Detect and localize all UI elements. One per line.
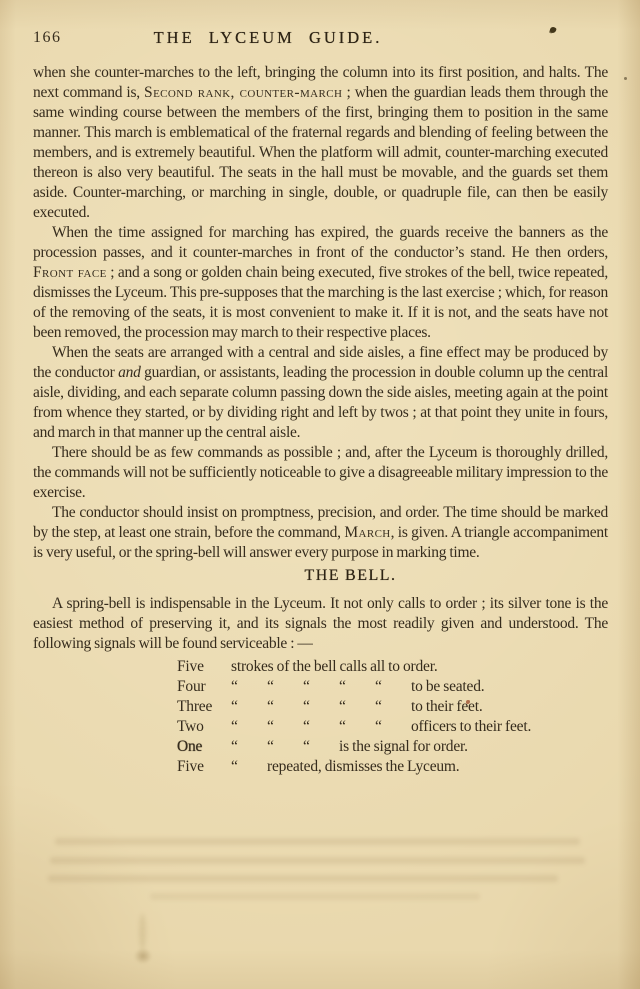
- signal-row: One“““is the signal for order.: [177, 737, 608, 757]
- ditto-mark: “: [339, 697, 375, 717]
- text-run: There should be as few commands as possi…: [33, 444, 608, 501]
- paragraph: A spring-bell is indispensable in the Ly…: [33, 594, 608, 654]
- show-through-line: [48, 875, 558, 882]
- signal-row: Three“““““to their feet.: [177, 697, 608, 717]
- signal-row: Four“““““to be seated.: [177, 677, 608, 697]
- signal-label: Five: [177, 657, 231, 677]
- smallcaps-command: Second rank, counter-march: [144, 84, 342, 101]
- ditto-mark: “: [231, 717, 267, 737]
- text-run: A spring-bell is indispensable in the Ly…: [33, 595, 608, 652]
- ditto-mark: “: [303, 677, 339, 697]
- ditto-mark: “: [267, 697, 303, 717]
- page-streak: [139, 914, 146, 950]
- page-content: 166 THE LYCEUM GUIDE. when she counter-m…: [33, 28, 608, 777]
- ditto-mark: “: [339, 717, 375, 737]
- marching-paragraphs: when she counter-marches to the left, br…: [33, 63, 608, 563]
- ditto-mark: “: [231, 697, 267, 717]
- ditto-mark: “: [303, 697, 339, 717]
- text-run: ; when the guardian leads them through t…: [33, 84, 608, 221]
- ditto-mark: “: [375, 697, 411, 717]
- page-header: 166 THE LYCEUM GUIDE.: [33, 28, 608, 48]
- body-text: when she counter-marches to the left, br…: [33, 63, 608, 777]
- ditto-mark: “: [339, 677, 375, 697]
- faint-speck: [624, 77, 627, 80]
- ditto-mark: “: [375, 677, 411, 697]
- page-smudge: [134, 948, 152, 964]
- signal-label: One: [177, 737, 231, 757]
- ditto-mark: “: [231, 757, 267, 777]
- signal-text: to be seated.: [411, 678, 484, 695]
- bell-signals-list: Fivestrokes of the bell calls all to ord…: [177, 657, 608, 777]
- ditto-mark: “: [231, 677, 267, 697]
- text-run: When the time assigned for marching has …: [33, 224, 608, 261]
- paragraph: When the seats are arranged with a centr…: [33, 343, 608, 443]
- signal-row: Two“““““officers to their feet.: [177, 717, 608, 737]
- ditto-mark: “: [267, 677, 303, 697]
- paragraph: There should be as few commands as possi…: [33, 443, 608, 503]
- signal-row: Five“repeated, dismisses the Lyceum.: [177, 757, 608, 777]
- signal-label: Two: [177, 717, 231, 737]
- signal-text: officers to their feet.: [411, 718, 531, 735]
- show-through-line: [150, 893, 480, 900]
- signal-row: Fivestrokes of the bell calls all to ord…: [177, 657, 608, 677]
- ditto-mark: “: [375, 717, 411, 737]
- show-through-line: [55, 838, 580, 845]
- bell-paragraphs: A spring-bell is indispensable in the Ly…: [33, 594, 608, 654]
- signal-label: Five: [177, 757, 231, 777]
- signal-text: repeated, dismisses the Lyceum.: [267, 758, 459, 775]
- italic-word: and: [118, 364, 141, 381]
- signal-text: is the signal for order.: [339, 738, 468, 755]
- ditto-mark: “: [267, 737, 303, 757]
- smallcaps-command: March: [344, 524, 390, 541]
- signal-text: strokes of the bell calls all to order.: [231, 658, 438, 675]
- signal-text: to their feet.: [411, 698, 483, 715]
- smallcaps-command: Front face: [33, 264, 107, 281]
- signal-label: Three: [177, 697, 231, 717]
- paragraph: when she counter-marches to the left, br…: [33, 63, 608, 223]
- ditto-mark: “: [231, 737, 267, 757]
- show-through-line: [50, 857, 585, 864]
- section-heading-the-bell: THE BELL.: [93, 565, 608, 587]
- page-number: 166: [33, 29, 62, 47]
- paragraph: When the time assigned for marching has …: [33, 223, 608, 343]
- ditto-mark: “: [303, 737, 339, 757]
- ditto-mark: “: [303, 717, 339, 737]
- paragraph: The conductor should insist on promptnes…: [33, 503, 608, 563]
- text-run: ; and a song or golden chain being execu…: [33, 264, 608, 341]
- ditto-mark: “: [267, 717, 303, 737]
- running-title: THE LYCEUM GUIDE.: [154, 28, 383, 48]
- signal-label: Four: [177, 677, 231, 697]
